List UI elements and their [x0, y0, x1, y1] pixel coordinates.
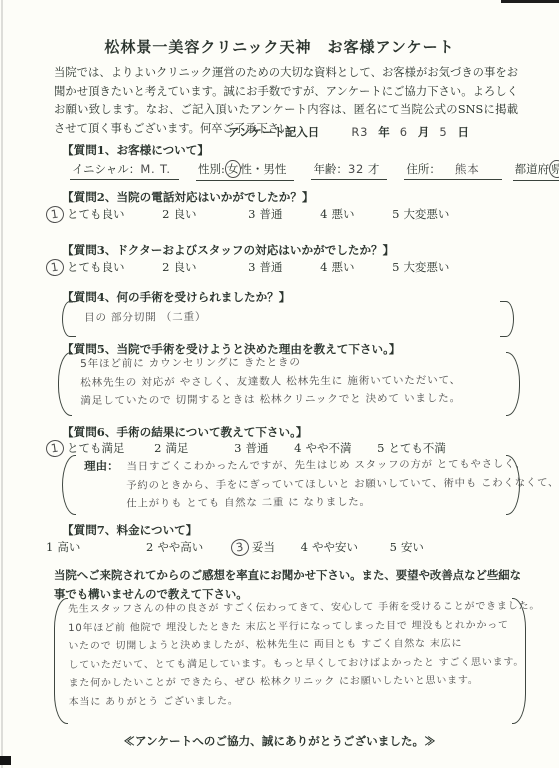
q3-option-2: 2良い [162, 259, 196, 275]
q2-option-5-label: 大変悪い [403, 207, 449, 221]
q7-option-1: 1高い [46, 539, 80, 555]
q7-option-3-label: 妥当 [252, 540, 275, 554]
feedback-bracket: 先生スタッフさんの仲の良さが すごく伝わってきて、安心して 手術を受けることがで… [54, 598, 526, 724]
q7-option-4-label: やや安い [312, 540, 358, 554]
feedback-answer: 先生スタッフさんの仲の良さが すごく伝わってきて、安心して 手術を受けることがで… [68, 598, 507, 712]
q7-header: 【質問7、料金について】 [62, 522, 197, 538]
q4-answer: 目の 部分切開 （二重） [84, 306, 494, 327]
q5-answer: 5年ほど前に カウンセリングに きたときの 松林先生の 対応が やさしく、友達数… [80, 352, 500, 410]
q3-option-1: 1とても良い [46, 259, 125, 276]
q3-option-3: 3普通 [248, 259, 282, 275]
prefecture-field: 都道府県 [513, 160, 559, 181]
q2-option-1: 1とても良い [46, 206, 125, 223]
page-title: 松林景一美容クリニック天神 お客様アンケート [0, 36, 559, 57]
scan-edge-artifact-top [501, 0, 559, 3]
date-era-value: R3 [351, 125, 368, 139]
feedback-line-3: いたので 切開しようと決めましたが、松林先生に 両目とも すごく自然な 末広に [68, 635, 506, 657]
gender-circled-value: 女 [224, 159, 241, 178]
q3-option-2-label: 良い [173, 260, 196, 274]
q3-selected-circle: 1 [45, 258, 65, 277]
date-month-value: 6 [400, 125, 408, 139]
q3-options-row: 1とても良い 2良い 3普通 4悪い 5大変悪い [46, 259, 483, 276]
date-label: アンケート記入日 [228, 125, 319, 139]
q6-option-5-label: とても不満 [388, 441, 446, 455]
q3-option-4-label: 悪い [331, 260, 354, 274]
q3-option-5-label: 大変悪い [403, 260, 449, 274]
address-value: 熊本 [441, 162, 494, 176]
q2-selected-circle: 1 [45, 205, 65, 224]
q1-fields-row: イニシャル：M. T. 性別:女性・男性 年齢：32 才 住所：熊本 都道府県 [70, 158, 559, 181]
initial-value: M. T. [140, 162, 171, 176]
q4-answer-bracket: 目の 部分切開 （二重） [62, 301, 514, 337]
age-suffix: 才 [368, 162, 380, 176]
q6-header: 【質問6、手術の結果について教えて下さい。】 [62, 424, 308, 440]
date-year-label: 年 [378, 125, 390, 139]
scan-edge-artifact-left [1, 0, 3, 768]
q7-option-2-label: やや高い [157, 540, 203, 554]
q6-option-4-label: やや不満 [305, 441, 351, 455]
gender-field: 性別:女性・男性 [196, 160, 294, 181]
q7-option-5-label: 安い [401, 540, 424, 554]
prefecture-circled: 県 [548, 159, 559, 178]
feedback-line-1: 先生スタッフさんの仲の良さが すごく伝わってきて、安心して 手術を受けることがで… [68, 598, 506, 620]
q6-reason-label: 理由： [84, 459, 119, 473]
scanned-survey-page: 松林景一美容クリニック天神 お客様アンケート 当院では、よりよいクリニック運営の… [0, 0, 559, 768]
age-label: 年齢： [313, 162, 348, 176]
q6-option-1-label: とても満足 [67, 441, 125, 455]
initial-field: イニシャル：M. T. [70, 161, 179, 180]
q6-option-4: 4やや不満 [294, 440, 351, 456]
q2-option-4-label: 悪い [331, 207, 354, 221]
q7-option-1-label: 高い [57, 540, 80, 554]
q2-option-3: 3普通 [248, 206, 282, 222]
q2-header: 【質問2、当院の電話対応はいかがでしたか？】 [62, 189, 314, 205]
q5-answer-line-3: 満足していたので 切開するときは 松林クリニックでと 決めて いました。 [80, 389, 500, 410]
q2-option-1-label: とても良い [67, 207, 125, 221]
q7-selected-circle: 3 [230, 538, 250, 557]
q7-options-row: 1高い 2やや高い 3妥当 4やや安い 5安い [46, 539, 458, 556]
q6-reason-line-2: 予約のときから、手をにぎっていてほしいと お願いしていて、術中も こわくなくて、 [126, 474, 500, 495]
prefecture-prefix: 都道府 [515, 162, 550, 176]
gender-options-rest: 性・男性 [240, 162, 286, 176]
q3-option-4: 4悪い [320, 259, 354, 275]
q5-answer-bracket: 5年ほど前に カウンセリングに きたときの 松林先生の 対応が やさしく、友達数… [58, 352, 520, 416]
initial-label: イニシャル： [72, 162, 140, 176]
q7-option-3: 3妥当 [231, 539, 275, 556]
scan-corner-mark [0, 756, 11, 765]
q2-options-row: 1とても良い 2良い 3普通 4悪い 5大変悪い [46, 206, 483, 223]
q3-option-5: 5大変悪い [392, 259, 449, 275]
address-field: 住所：熊本 [404, 161, 501, 180]
date-day-label: 日 [457, 125, 469, 139]
footer-thanks: ≪アンケートへのご協力、誠にありがとうございました。≫ [0, 733, 559, 749]
gender-label: 性別: [198, 162, 225, 176]
age-value: 32 [348, 162, 364, 176]
q2-option-5: 5大変悪い [392, 206, 449, 222]
q2-option-2-label: 良い [173, 207, 196, 221]
survey-date-line: アンケート記入日R3年6月5日 [228, 124, 469, 140]
q1-header: 【質問1、お客様について】 [62, 142, 209, 158]
q3-option-3-label: 普通 [259, 260, 282, 274]
q7-option-4: 4やや安い [301, 539, 358, 555]
q3-option-1-label: とても良い [67, 260, 125, 274]
feedback-line-6: 本当に ありがとう ございました。 [69, 690, 507, 712]
q6-option-2: 2満足 [154, 440, 188, 456]
feedback-line-5: また何かしたいことが できたら、ぜひ 松林クリニック にお願いしたいと思います。 [69, 672, 507, 694]
q2-option-4: 4悪い [320, 206, 354, 222]
q6-reason-line-3: 仕上がりも とても 自然な 二重 に なりました。 [126, 492, 500, 513]
q6-option-2-label: 満足 [165, 441, 188, 455]
age-field: 年齢：32 才 [311, 161, 387, 180]
q6-reason: 理由：当日すごくこわかったんですが、先生はじめ スタッフの方が とてもやさしく、… [84, 454, 500, 513]
q6-option-3: 3普通 [234, 440, 268, 456]
q6-reason-line-1: 当日すごくこわかったんですが、先生はじめ スタッフの方が とてもやさしく、 [127, 458, 527, 473]
q6-option-3-label: 普通 [245, 441, 268, 455]
address-label: 住所： [406, 162, 441, 176]
q7-option-5: 5安い [390, 539, 424, 555]
q6-reason-bracket: 理由：当日すごくこわかったんですが、先生はじめ スタッフの方が とてもやさしく、… [62, 455, 520, 515]
q3-header: 【質問3、ドクターおよびスタッフの対応はいかがでしたか？】 [62, 242, 394, 258]
date-month-label: 月 [418, 125, 430, 139]
q2-option-3-label: 普通 [259, 207, 282, 221]
q2-option-2: 2良い [162, 206, 196, 222]
date-day-value: 5 [439, 125, 447, 139]
q7-option-2: 2やや高い [146, 539, 203, 555]
